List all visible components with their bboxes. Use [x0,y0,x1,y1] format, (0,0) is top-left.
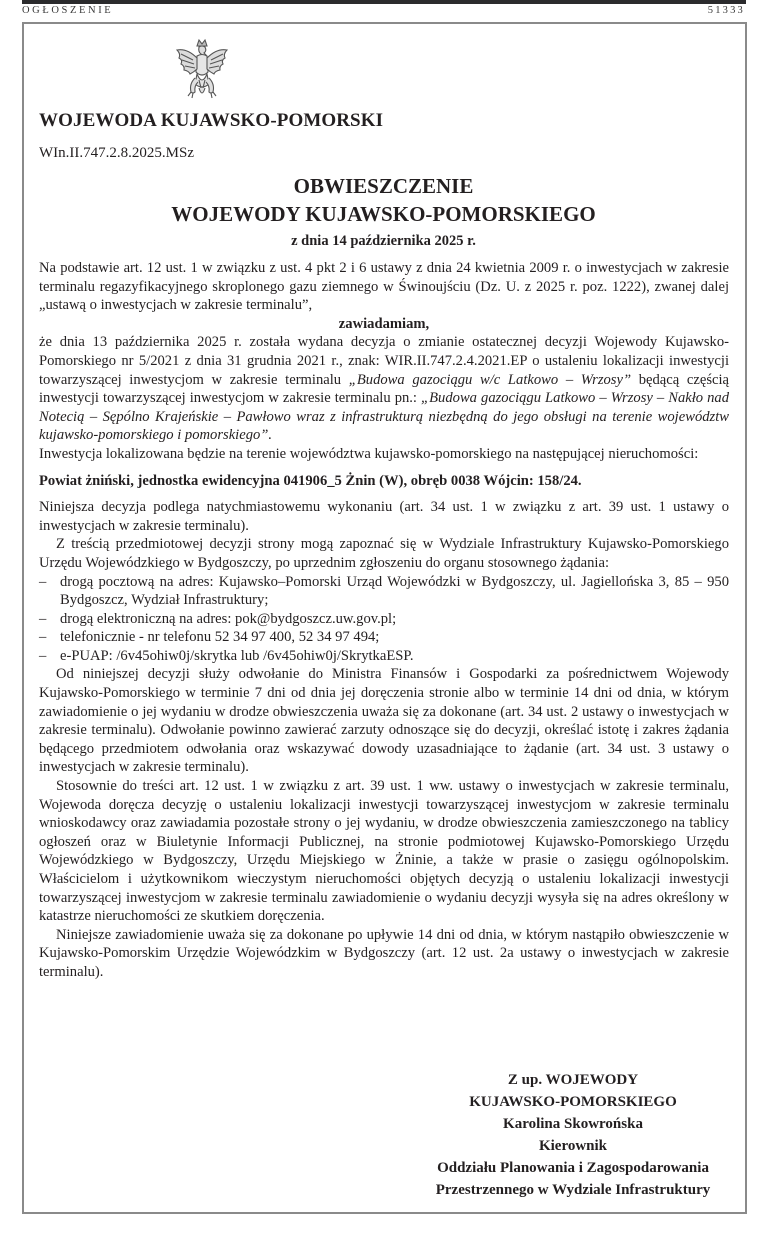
property-location: Powiat żniński, jednostka ewidencyjna 04… [39,472,729,491]
contact-method-email: –drogą elektroniczną na adres: pok@bydgo… [39,610,729,629]
contact-methods-list: –drogą pocztową na adres: Kujawsko–Pomor… [39,573,729,666]
signatory-unit-1: Oddziału Planowania i Zagospodarowania [380,1157,766,1179]
signature-block: Z up. WOJEWODY KUJAWSKO-POMORSKIEGO Karo… [380,1069,766,1201]
polish-eagle-emblem-icon [173,36,231,104]
contact-method-post: –drogą pocztową na adres: Kujawsko–Pomor… [39,573,729,610]
signature-authority: KUJAWSKO-POMORSKIEGO [380,1091,766,1113]
notice-body: Na podstawie art. 12 ust. 1 w związku z … [39,259,729,982]
delivery-paragraph: Stosownie do treści art. 12 ust. 1 w zwi… [39,777,729,926]
appeal-paragraph: Od niniejszej decyzji służy odwołanie do… [39,665,729,777]
announce-heading: zawiadamiam, [39,315,729,334]
notice-date: z dnia 14 października 2025 r. [22,233,745,250]
legal-basis-paragraph: Na podstawie art. 12 ust. 1 w związku z … [39,259,729,315]
notice-title: OBWIESZCZENIE [22,174,745,199]
header-rule [22,0,746,4]
contact-method-epuap: –e-PUAP: /6v45ohiw0j/skrytka lub /6v45oh… [39,647,729,666]
location-intro: Inwestycja lokalizowana będzie na tereni… [39,445,729,464]
contact-method-phone: –telefonicznie - nr telefonu 52 34 97 40… [39,628,729,647]
decision-investment-name: „Budowa gazociągu w/c Latkowo – Wrzosy” [349,372,631,388]
reference-number: WIn.II.747.2.8.2025.MSz [39,145,194,162]
signatory-position: Kierownik [380,1135,766,1157]
notice-title-authority: WOJEWODY KUJAWSKO-POMORSKIEGO [22,202,745,227]
access-paragraph: Z treścią przedmiotowej decyzji strony m… [39,535,729,572]
issuing-authority: WOJEWODA KUJAWSKO-POMORSKI [39,110,383,132]
signatory-name: Karolina Skowrońska [380,1113,766,1135]
decision-paragraph: że dnia 13 października 2025 r. została … [39,333,729,445]
page-number: 51333 [708,5,745,16]
effective-paragraph: Niniejsze zawiadomienie uważa się za dok… [39,926,729,982]
section-label: OGŁOSZENIE [22,5,113,16]
signatory-unit-2: Przestrzennego w Wydziale Infrastruktury [380,1179,766,1201]
immediate-execution-paragraph: Niniejsza decyzja podlega natychmiastowe… [39,498,729,535]
signature-on-behalf: Z up. WOJEWODY [380,1069,766,1091]
